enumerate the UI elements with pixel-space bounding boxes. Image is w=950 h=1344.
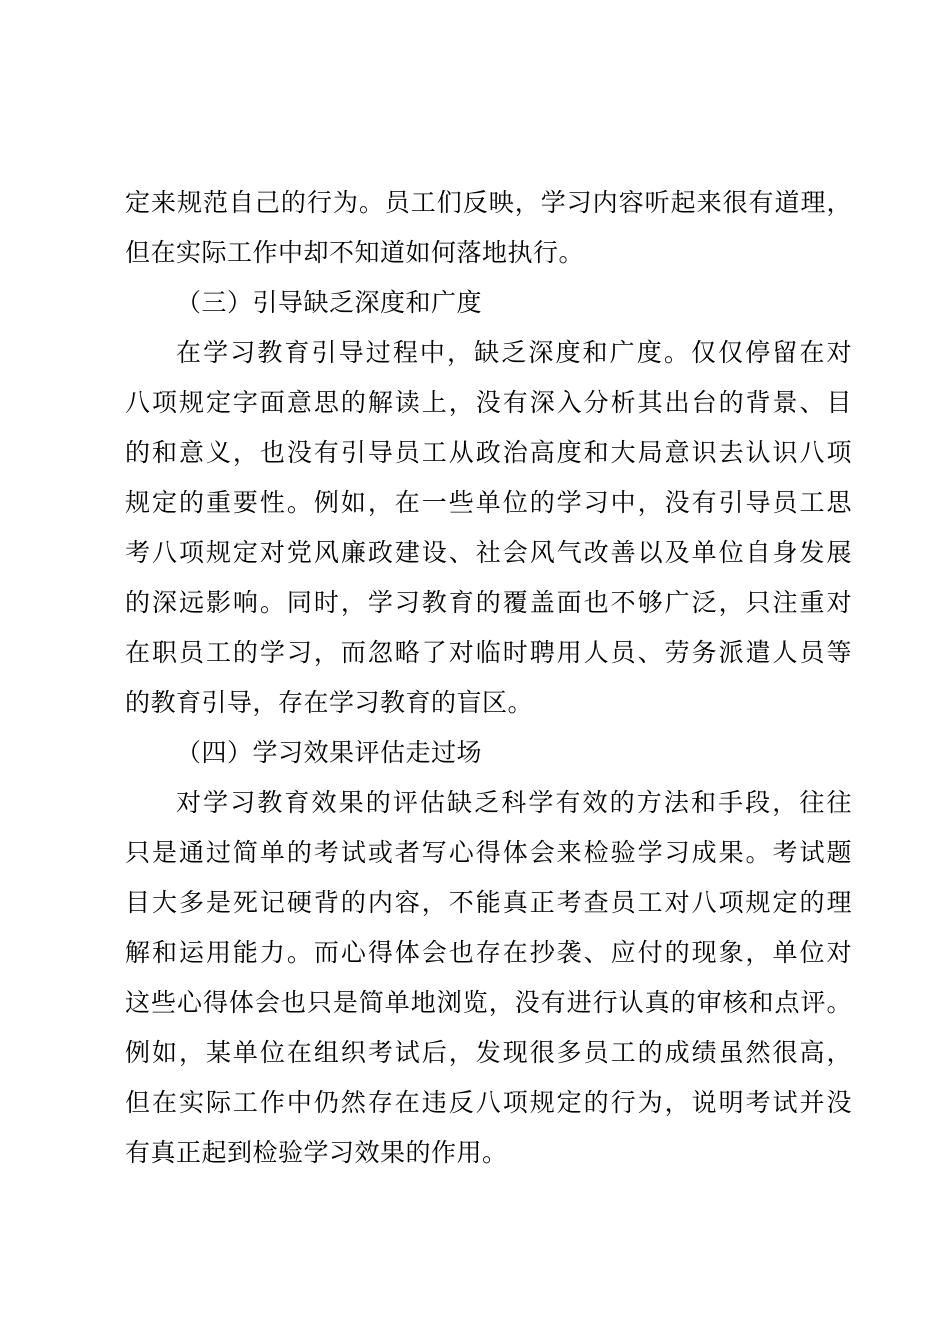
text-line: 目大多是死记硬背的内容，不能真正考查员工对八项规定的理: [125, 878, 852, 928]
text-line: 有真正起到检验学习效果的作用。: [125, 1128, 852, 1178]
text-line: 考八项规定对党风廉政建设、社会风气改善以及单位自身发展: [125, 528, 852, 578]
text-line: 解和运用能力。而心得体会也存在抄袭、应付的现象，单位对: [125, 928, 852, 978]
text-line: 定来规范自己的行为。员工们反映，学习内容听起来很有道理，: [125, 178, 852, 228]
text-line: 但在实际工作中却不知道如何落地执行。: [125, 228, 852, 278]
section-heading: （四）学习效果评估走过场: [125, 728, 852, 778]
text-line: 八项规定字面意思的解读上，没有深入分析其出台的背景、目: [125, 378, 852, 428]
text-line: 但在实际工作中仍然存在违反八项规定的行为，说明考试并没: [125, 1078, 852, 1128]
section-heading: （三）引导缺乏深度和广度: [125, 278, 852, 328]
text-line: 对学习教育效果的评估缺乏科学有效的方法和手段，往往: [125, 778, 852, 828]
text-line: 的和意义，也没有引导员工从政治高度和大局意识去认识八项: [125, 428, 852, 478]
text-line: 例如，某单位在组织考试后，发现很多员工的成绩虽然很高，: [125, 1028, 852, 1078]
text-line: 规定的重要性。例如，在一些单位的学习中，没有引导员工思: [125, 478, 852, 528]
text-line: 在学习教育引导过程中，缺乏深度和广度。仅仅停留在对: [125, 328, 852, 378]
document-text-block: 定来规范自己的行为。员工们反映，学习内容听起来很有道理，但在实际工作中却不知道如…: [125, 178, 852, 1178]
text-line: 在职员工的学习，而忽略了对临时聘用人员、劳务派遣人员等: [125, 628, 852, 678]
text-line: 只是通过简单的考试或者写心得体会来检验学习成果。考试题: [125, 828, 852, 878]
text-line: 的教育引导，存在学习教育的盲区。: [125, 678, 852, 728]
document-page: 定来规范自己的行为。员工们反映，学习内容听起来很有道理，但在实际工作中却不知道如…: [0, 0, 950, 1344]
text-line: 这些心得体会也只是简单地浏览，没有进行认真的审核和点评。: [125, 978, 852, 1028]
text-line: 的深远影响。同时，学习教育的覆盖面也不够广泛，只注重对: [125, 578, 852, 628]
